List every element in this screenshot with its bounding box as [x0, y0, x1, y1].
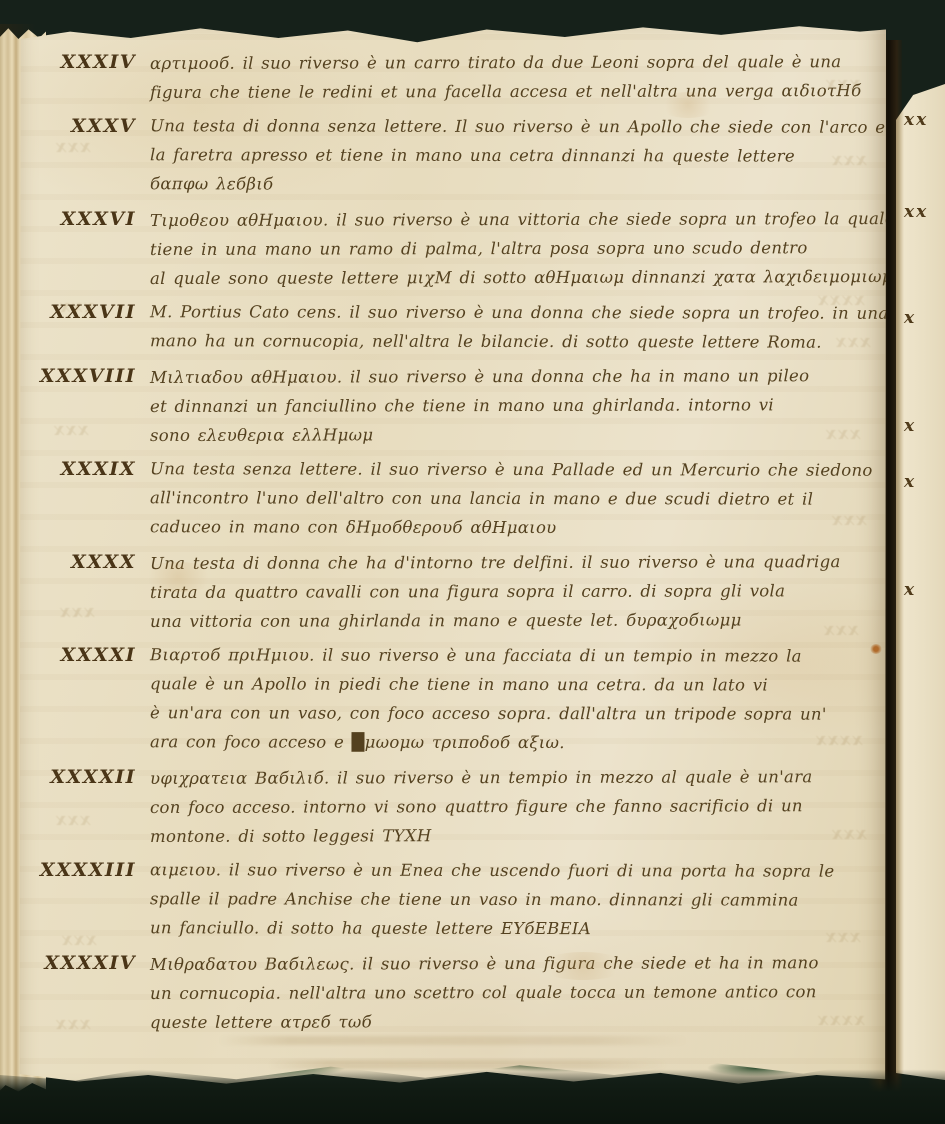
- catalog-entry: XXXXIIIαιμειου. il suo riverso è un Enea…: [28, 856, 886, 943]
- entry-text-line: con foco acceso. intorno vi sono quattro…: [150, 791, 886, 822]
- entry-text-line: Una testa di donna che ha d'intorno tre …: [150, 547, 886, 578]
- entry-description: Τιμοθεου αθΗμαιου. il suo riverso è una …: [150, 205, 895, 292]
- bleedthrough-numeral: xxx: [824, 74, 860, 94]
- entries-list: XXXIVαρτιμοοб. il suo riverso è un carro…: [18, 48, 886, 1042]
- entry-description: αρτιμοοб. il suo riverso è un carro tira…: [150, 48, 886, 106]
- entry-text-line: mano ha un cornucopia, nell'altra le bil…: [150, 326, 889, 357]
- entry-text-line: υφιχρατεια Βαбιλιб. il suo riverso è un …: [150, 762, 886, 793]
- entry-text-line: al quale sono queste lettere μιχΜ di sot…: [150, 262, 895, 293]
- entry-text-line: Μιθραδατου Βαбιλεως. il suo riverso è un…: [150, 948, 886, 979]
- entry-text-line: sono ελευθερια ελλΗμωμ: [150, 419, 886, 450]
- bleedthrough-smudge: [218, 1036, 688, 1045]
- catalog-entry: XXXIXUna testa senza lettere. il suo riv…: [28, 455, 886, 542]
- entry-text-line: la faretra apresso et tiene in mano una …: [150, 140, 892, 171]
- catalog-entry: XXXXIVΜιθραδατου Βαбιλεως. il suo rivers…: [28, 949, 886, 1036]
- entry-text-line: Βιαρτοб πριΗμιου. il suo riverso è una f…: [150, 640, 886, 671]
- catalog-entry: XXXVIIIΜιλτιαδου αθΗμαιου. il suo rivers…: [28, 362, 886, 449]
- entry-text-line: spalle il padre Anchise che tiene un vas…: [150, 884, 886, 915]
- catalog-entry: XXXVIΤιμοθεου αθΗμαιου. il suo riverso è…: [28, 205, 886, 292]
- next-page-partial-numeral: x: [904, 472, 916, 492]
- entry-text-line: et dinnanzi un fanciullino che tiene in …: [150, 390, 886, 421]
- entry-text-line: un cornucopia. nell'altra uno scettro co…: [150, 977, 886, 1008]
- entry-description: αιμειου. il suo riverso è un Enea che us…: [150, 856, 886, 943]
- bleedthrough-numeral: xxx: [830, 510, 866, 530]
- entry-text-line: Μιλτιαδου αθΗμαιου. il suo riverso è una…: [150, 361, 886, 392]
- bleedthrough-numeral: xxx: [60, 930, 96, 950]
- next-page-partial-numeral: xx: [904, 110, 928, 130]
- entry-text-line: all'incontro l'uno dell'altro con una la…: [150, 483, 886, 514]
- entry-roman-numeral: XXXIX: [28, 455, 150, 542]
- catalog-entry: XXXIVαρτιμοοб. il suo riverso è un carro…: [28, 48, 886, 106]
- entry-text-line: è un'ara con un vaso, con foco acceso so…: [150, 698, 886, 729]
- bleedthrough-numeral: xxxx: [816, 290, 865, 310]
- entry-text-line: queste lettere ατρεб τωб: [150, 1006, 886, 1037]
- entry-roman-numeral: XXXXI: [28, 641, 150, 757]
- bleedthrough-numeral: xxx: [830, 824, 866, 844]
- bleedthrough-numeral: xxx: [54, 810, 90, 830]
- entry-text-line: Τιμοθεου αθΗμαιου. il suo riverso è una …: [150, 204, 895, 235]
- entry-description: Una testa senza lettere. il suo riverso …: [150, 455, 886, 542]
- catalog-entry: XXXVUna testa di donna senza lettere. Il…: [28, 112, 886, 199]
- entry-roman-numeral: XXXXII: [28, 763, 150, 850]
- bleedthrough-numeral: xxx: [58, 602, 94, 622]
- catalog-entry: XXXXIΒιαρτοб πριΗμιου. il suo riverso è …: [28, 641, 886, 757]
- next-page-partial-numeral: x: [904, 416, 916, 436]
- entry-text-line: αρτιμοοб. il suo riverso è un carro tira…: [150, 47, 886, 78]
- entry-text-line: quale è un Apollo in piedi che tiene in …: [150, 669, 886, 700]
- manuscript-page: XXXIVαρτιμοοб. il suo riverso è un carro…: [18, 22, 886, 1090]
- entry-roman-numeral: XXXVI: [28, 205, 150, 292]
- entry-text-line: un fanciullo. di sotto ha queste lettere…: [150, 913, 886, 944]
- entry-text-line: Una testa di donna senza lettere. Il suo…: [150, 111, 892, 142]
- entry-description: M. Portius Cato cens. il suo riverso è u…: [150, 298, 888, 356]
- entry-description: Μιθραδατου Βαбιλεως. il suo riverso è un…: [150, 949, 886, 1036]
- entry-description: Μιλτιαδου αθΗμαιου. il suo riverso è una…: [150, 362, 886, 449]
- entry-text-line: αιμειου. il suo riverso è un Enea che us…: [150, 855, 886, 886]
- bleedthrough-numeral: xxx: [824, 424, 860, 444]
- bleedthrough-numeral: xxxx: [816, 1010, 865, 1030]
- bleedthrough-numeral: xxx: [824, 927, 860, 947]
- bleedthrough-numeral: xxx: [52, 420, 88, 440]
- entry-text-line: бαπφω λεбβιб: [150, 169, 892, 200]
- next-page-partial-numeral: x: [904, 580, 916, 600]
- manuscript-scan: { "document": { "description_label": "ha…: [0, 0, 945, 1124]
- bleedthrough-numeral: xxx: [58, 297, 94, 317]
- bleedthrough-numeral: xxxx: [814, 730, 863, 750]
- entry-text-line: montone. di sotto leggesi ΤΥΧΗ: [150, 820, 886, 851]
- bleedthrough-numeral: xxx: [822, 620, 858, 640]
- entry-description: Una testa di donna che ha d'intorno tre …: [150, 548, 886, 635]
- entry-text-line: tirata da quattro cavalli con una figura…: [150, 576, 886, 607]
- next-page-partial-numeral: xx: [904, 202, 928, 222]
- entry-roman-numeral: XXXVIII: [28, 362, 150, 449]
- entry-text-line: caduceo in mano con δΗμοбθερουб αθΗμαιου: [150, 512, 886, 543]
- catalog-entry: XXXVIIM. Portius Cato cens. il suo river…: [28, 298, 886, 356]
- catalog-entry: XXXXUna testa di donna che ha d'intorno …: [28, 548, 886, 635]
- entry-text-line: ara con foco acceso e █μωομω τριποδοб αξ…: [150, 727, 886, 758]
- entry-text-line: M. Portius Cato cens. il suo riverso è u…: [150, 297, 889, 328]
- entry-description: υφιχρατεια Βαбιλιб. il suo riverso è un …: [150, 763, 886, 850]
- next-page-edge: xxxxxxxx: [896, 80, 945, 1080]
- bleedthrough-numeral: xxx: [830, 150, 866, 170]
- next-page-partial-numeral: x: [904, 308, 916, 328]
- bleedthrough-numeral: xxx: [54, 1014, 90, 1034]
- entry-description: Βιαρτοб πριΗμιου. il suo riverso è una f…: [150, 641, 886, 757]
- entry-description: Una testa di donna senza lettere. Il suo…: [150, 112, 892, 199]
- entry-roman-numeral: XXXIV: [28, 48, 150, 106]
- entry-text-line: tiene in una mano un ramo di palma, l'al…: [150, 233, 895, 264]
- entry-text-line: Una testa senza lettere. il suo riverso …: [150, 454, 886, 485]
- bleedthrough-numeral: xxx: [54, 137, 90, 157]
- entry-text-line: figura che tiene le redini et una facell…: [150, 76, 886, 107]
- bleedthrough-numeral: xxx: [834, 332, 870, 352]
- catalog-entry: XXXXIIυφιχρατεια Βαбιλιб. il suo riverso…: [28, 763, 886, 850]
- entry-text-line: una vittoria con una ghirlanda in mano e…: [150, 605, 886, 636]
